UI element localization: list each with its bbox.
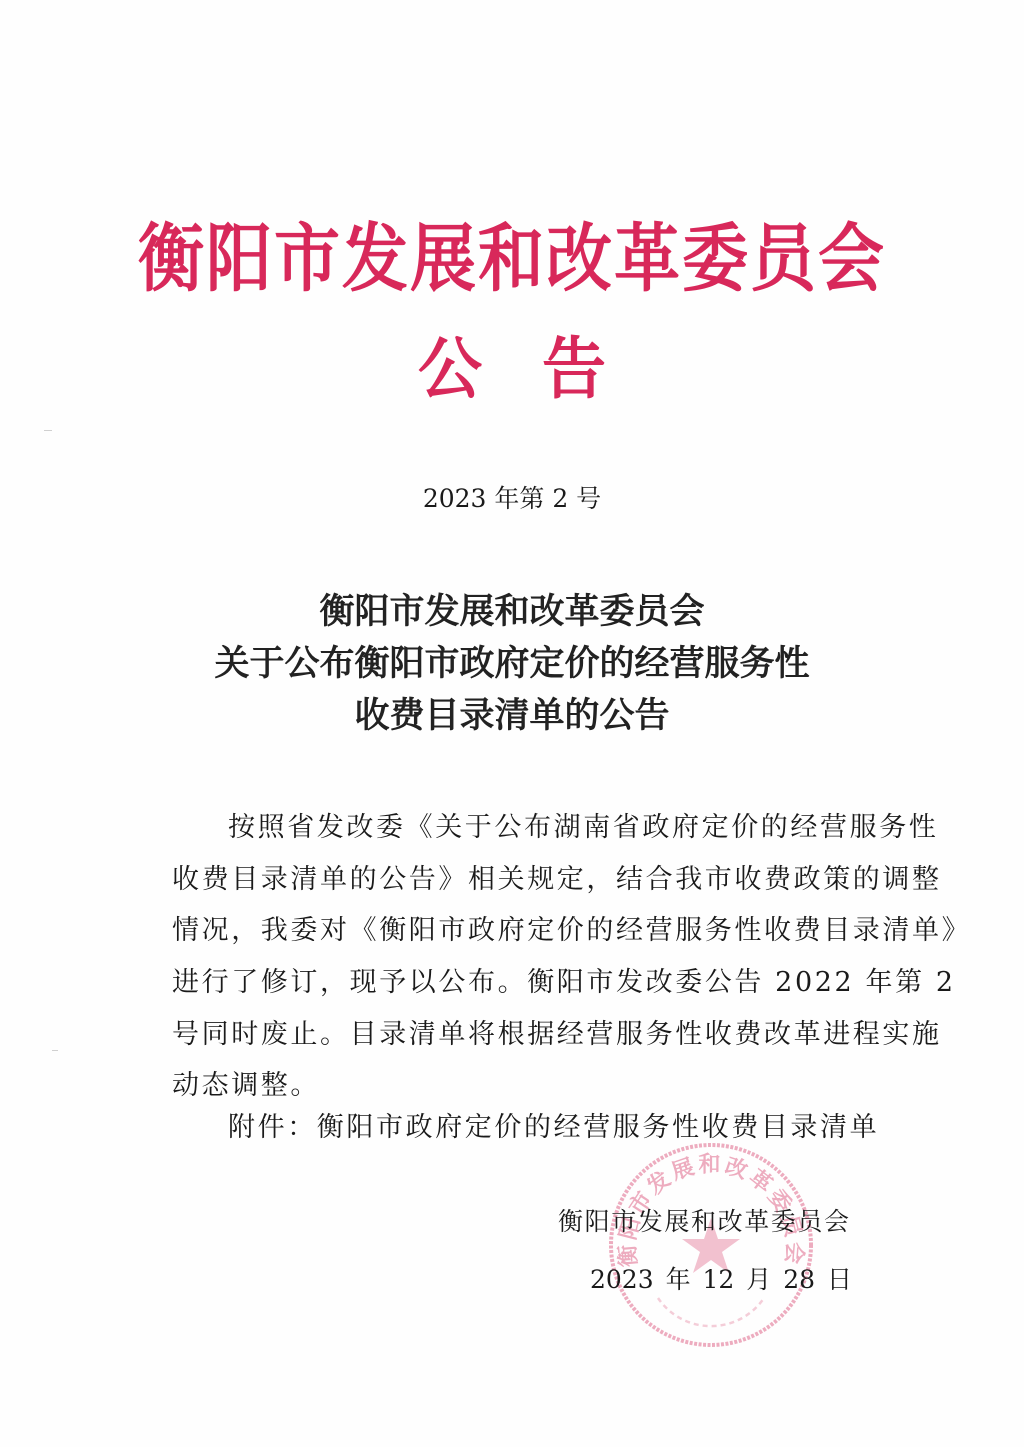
scan-artifact	[52, 1050, 58, 1051]
body-line: 进行了修订，现予以公布。衡阳市发改委公告 2022 年第 2	[172, 957, 888, 1009]
body-line: 收费目录清单的公告》相关规定，结合我市收费政策的调整	[172, 854, 888, 906]
body-line: 情况，我委对《衡阳市政府定价的经营服务性收费目录清单》	[172, 905, 888, 957]
title-line: 衡阳市发展和改革委员会	[0, 586, 1024, 638]
document-title: 衡阳市发展和改革委员会 关于公布衡阳市政府定价的经营服务性 收费目录清单的公告	[0, 586, 1024, 742]
document-number: 2023 年第 2 号	[0, 484, 1024, 514]
official-seal-stamp: 衡阳市发展和改革委员会	[606, 1140, 816, 1350]
issue-date: 2023 年 12 月 28 日	[590, 1264, 852, 1296]
attachment-reference: 附件：衡阳市政府定价的经营服务性收费目录清单	[228, 1108, 879, 1148]
body-line: 动态调整。	[172, 1060, 888, 1112]
body-paragraph: 按照省发改委《关于公布湖南省政府定价的经营服务性 收费目录清单的公告》相关规定，…	[172, 802, 888, 1112]
signing-organization: 衡阳市发展和改革委员会	[558, 1206, 851, 1238]
document-page: 衡阳市发展和改革委员会 公告 2023 年第 2 号 衡阳市发展和改革委员会 关…	[0, 0, 1024, 1447]
document-type-header: 公告	[0, 328, 1024, 412]
title-line: 关于公布衡阳市政府定价的经营服务性	[0, 638, 1024, 690]
body-line: 按照省发改委《关于公布湖南省政府定价的经营服务性	[172, 802, 888, 854]
scan-artifact	[44, 430, 52, 431]
title-line: 收费目录清单的公告	[0, 690, 1024, 742]
issuing-organization-header: 衡阳市发展和改革委员会	[0, 213, 1024, 303]
body-line: 号同时废止。目录清单将根据经营服务性收费改革进程实施	[172, 1009, 888, 1061]
